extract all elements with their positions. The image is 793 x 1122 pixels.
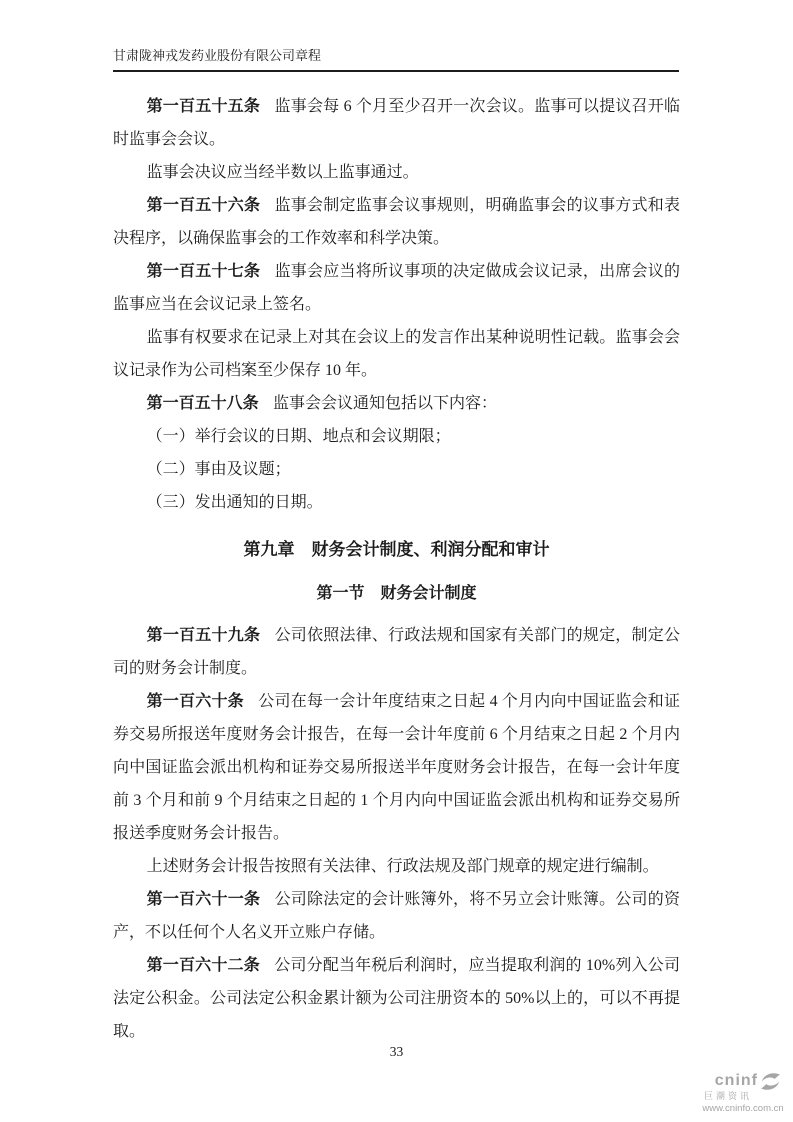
cninfo-logo-row: cninf	[697, 1072, 789, 1091]
paragraph: 监事有权要求在记录上对其在会议上的发言作出某种说明性记载。监事会会议记录作为公司…	[113, 321, 680, 387]
cninfo-url: www.cninfo.com.cn	[697, 1104, 789, 1114]
paragraph: 监事会决议应当经半数以上监事通过。	[113, 156, 680, 189]
article-number: 第一百六十一条	[147, 891, 261, 908]
article-paragraph: 第一百六十二条公司分配当年税后利润时，应当提取利润的 10%列入公司法定公积金。…	[113, 949, 680, 1048]
paragraph: 上述财务会计报告按照有关法律、行政法规及部门规章的规定进行编制。	[113, 850, 680, 883]
paragraph: （二）事由及议题；	[113, 453, 680, 486]
article-number: 第一百六十二条	[147, 957, 260, 974]
article-paragraph: 第一百五十七条监事会应当将所议事项的决定做成会议记录，出席会议的监事应当在会议记…	[113, 255, 680, 321]
article-paragraph: 第一百六十一条公司除法定的会计账簿外，将不另立会计账簿。公司的资产，不以任何个人…	[113, 883, 680, 949]
article-text: 公司在每一会计年度结束之日起 4 个月内向中国证监会和证券交易所报送年度财务会计…	[113, 693, 680, 842]
article-number: 第一百五十六条	[147, 197, 261, 214]
header-title: 甘肃陇神戎发药业股份有限公司章程	[113, 48, 679, 64]
section-heading: 第一节 财务会计制度	[113, 568, 680, 619]
chapter-heading: 第九章 财务会计制度、利润分配和审计	[113, 519, 680, 568]
cninfo-swirl-icon	[760, 1072, 781, 1091]
article-paragraph: 第一百五十九条公司依照法律、行政法规和国家有关部门的规定，制定公司的财务会计制度…	[113, 619, 680, 685]
article-paragraph: 第一百五十六条监事会制定监事会议事规则，明确监事会的议事方式和表决程序，以确保监…	[113, 189, 680, 255]
page-number: 33	[0, 1044, 793, 1060]
article-paragraph: 第一百五十五条监事会每 6 个月至少召开一次会议。监事可以提议召开临时监事会会议…	[113, 90, 680, 156]
paragraph: （一）举行会议的日期、地点和会议期限；	[113, 420, 680, 453]
article-text: 监事会会议通知包括以下内容：	[273, 395, 497, 412]
cninfo-logo: cninf 巨潮资讯 www.cninfo.com.cn	[697, 1072, 789, 1114]
article-number: 第一百五十五条	[147, 98, 261, 115]
document-body: 第一百五十五条监事会每 6 个月至少召开一次会议。监事可以提议召开临时监事会会议…	[113, 90, 680, 1048]
article-paragraph: 第一百五十八条监事会会议通知包括以下内容：	[113, 387, 680, 420]
document-page: 甘肃陇神戎发药业股份有限公司章程 第一百五十五条监事会每 6 个月至少召开一次会…	[0, 0, 793, 1122]
cninfo-chinese-name: 巨潮资讯	[697, 1092, 789, 1102]
article-paragraph: 第一百六十条公司在每一会计年度结束之日起 4 个月内向中国证监会和证券交易所报送…	[113, 685, 680, 850]
page-header: 甘肃陇神戎发药业股份有限公司章程	[113, 48, 679, 72]
cninfo-brand-text: cninf	[715, 1072, 758, 1090]
article-number: 第一百五十八条	[147, 395, 259, 412]
article-number: 第一百五十七条	[147, 263, 261, 280]
article-number: 第一百五十九条	[147, 627, 261, 644]
paragraph: （三）发出通知的日期。	[113, 486, 680, 519]
article-number: 第一百六十条	[147, 693, 244, 710]
